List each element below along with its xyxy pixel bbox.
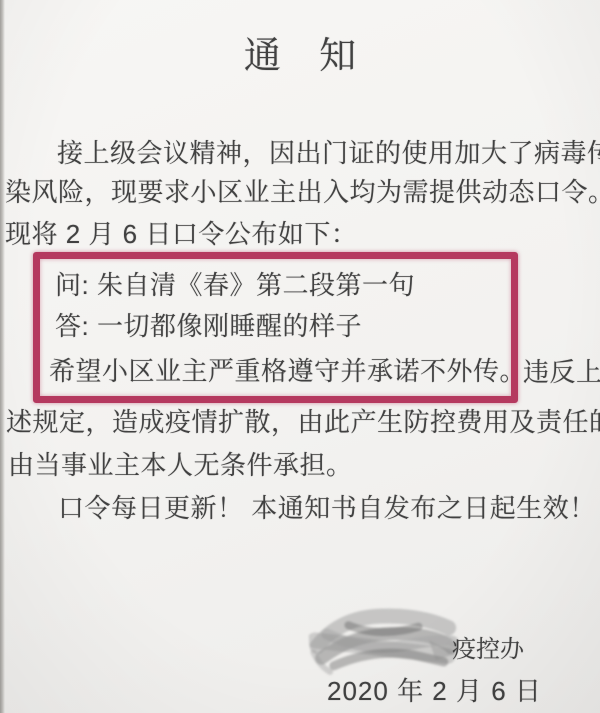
para1-line3: 现将 2 月 6 日口令公布如下： bbox=[5, 219, 357, 249]
notice-title: 通 知 bbox=[0, 25, 600, 79]
redaction-scribble bbox=[308, 601, 460, 678]
para1-line2: 染风险，现要求小区业主出入均为需提供动态口令。 bbox=[5, 177, 600, 207]
notice-paper: 通 知 接上级会议精神，因出门证的使用加大了病毒传 染风险，现要求小区业主出入均… bbox=[0, 0, 600, 713]
para1-line1: 接上级会议精神，因出门证的使用加大了病毒传 bbox=[57, 138, 600, 168]
password-note-line: 希望小区业主严重格遵守并承诺不外传。 bbox=[49, 356, 526, 386]
signature-office-label: 疫控办 bbox=[452, 629, 524, 664]
password-answer-line: 答: 一切都像刚睡醒的样子 bbox=[55, 311, 362, 341]
para2-line2: 由当事业主本人无条件承担。 bbox=[8, 450, 353, 480]
para2-line1: 述规定，造成疫情扩散，由此产生防控费用及责任的 bbox=[6, 407, 600, 437]
signature-date-line: 2020 年 2 月 6 日 bbox=[327, 671, 542, 708]
password-question-line: 问: 朱自清《春》第二段第一句 bbox=[55, 270, 415, 300]
para2-overflow-text: 违反上 bbox=[523, 357, 600, 387]
para3-line: 口令每日更新！ 本通知书自发布之日起生效！ bbox=[58, 493, 596, 523]
page-edge-line bbox=[0, 0, 5, 713]
